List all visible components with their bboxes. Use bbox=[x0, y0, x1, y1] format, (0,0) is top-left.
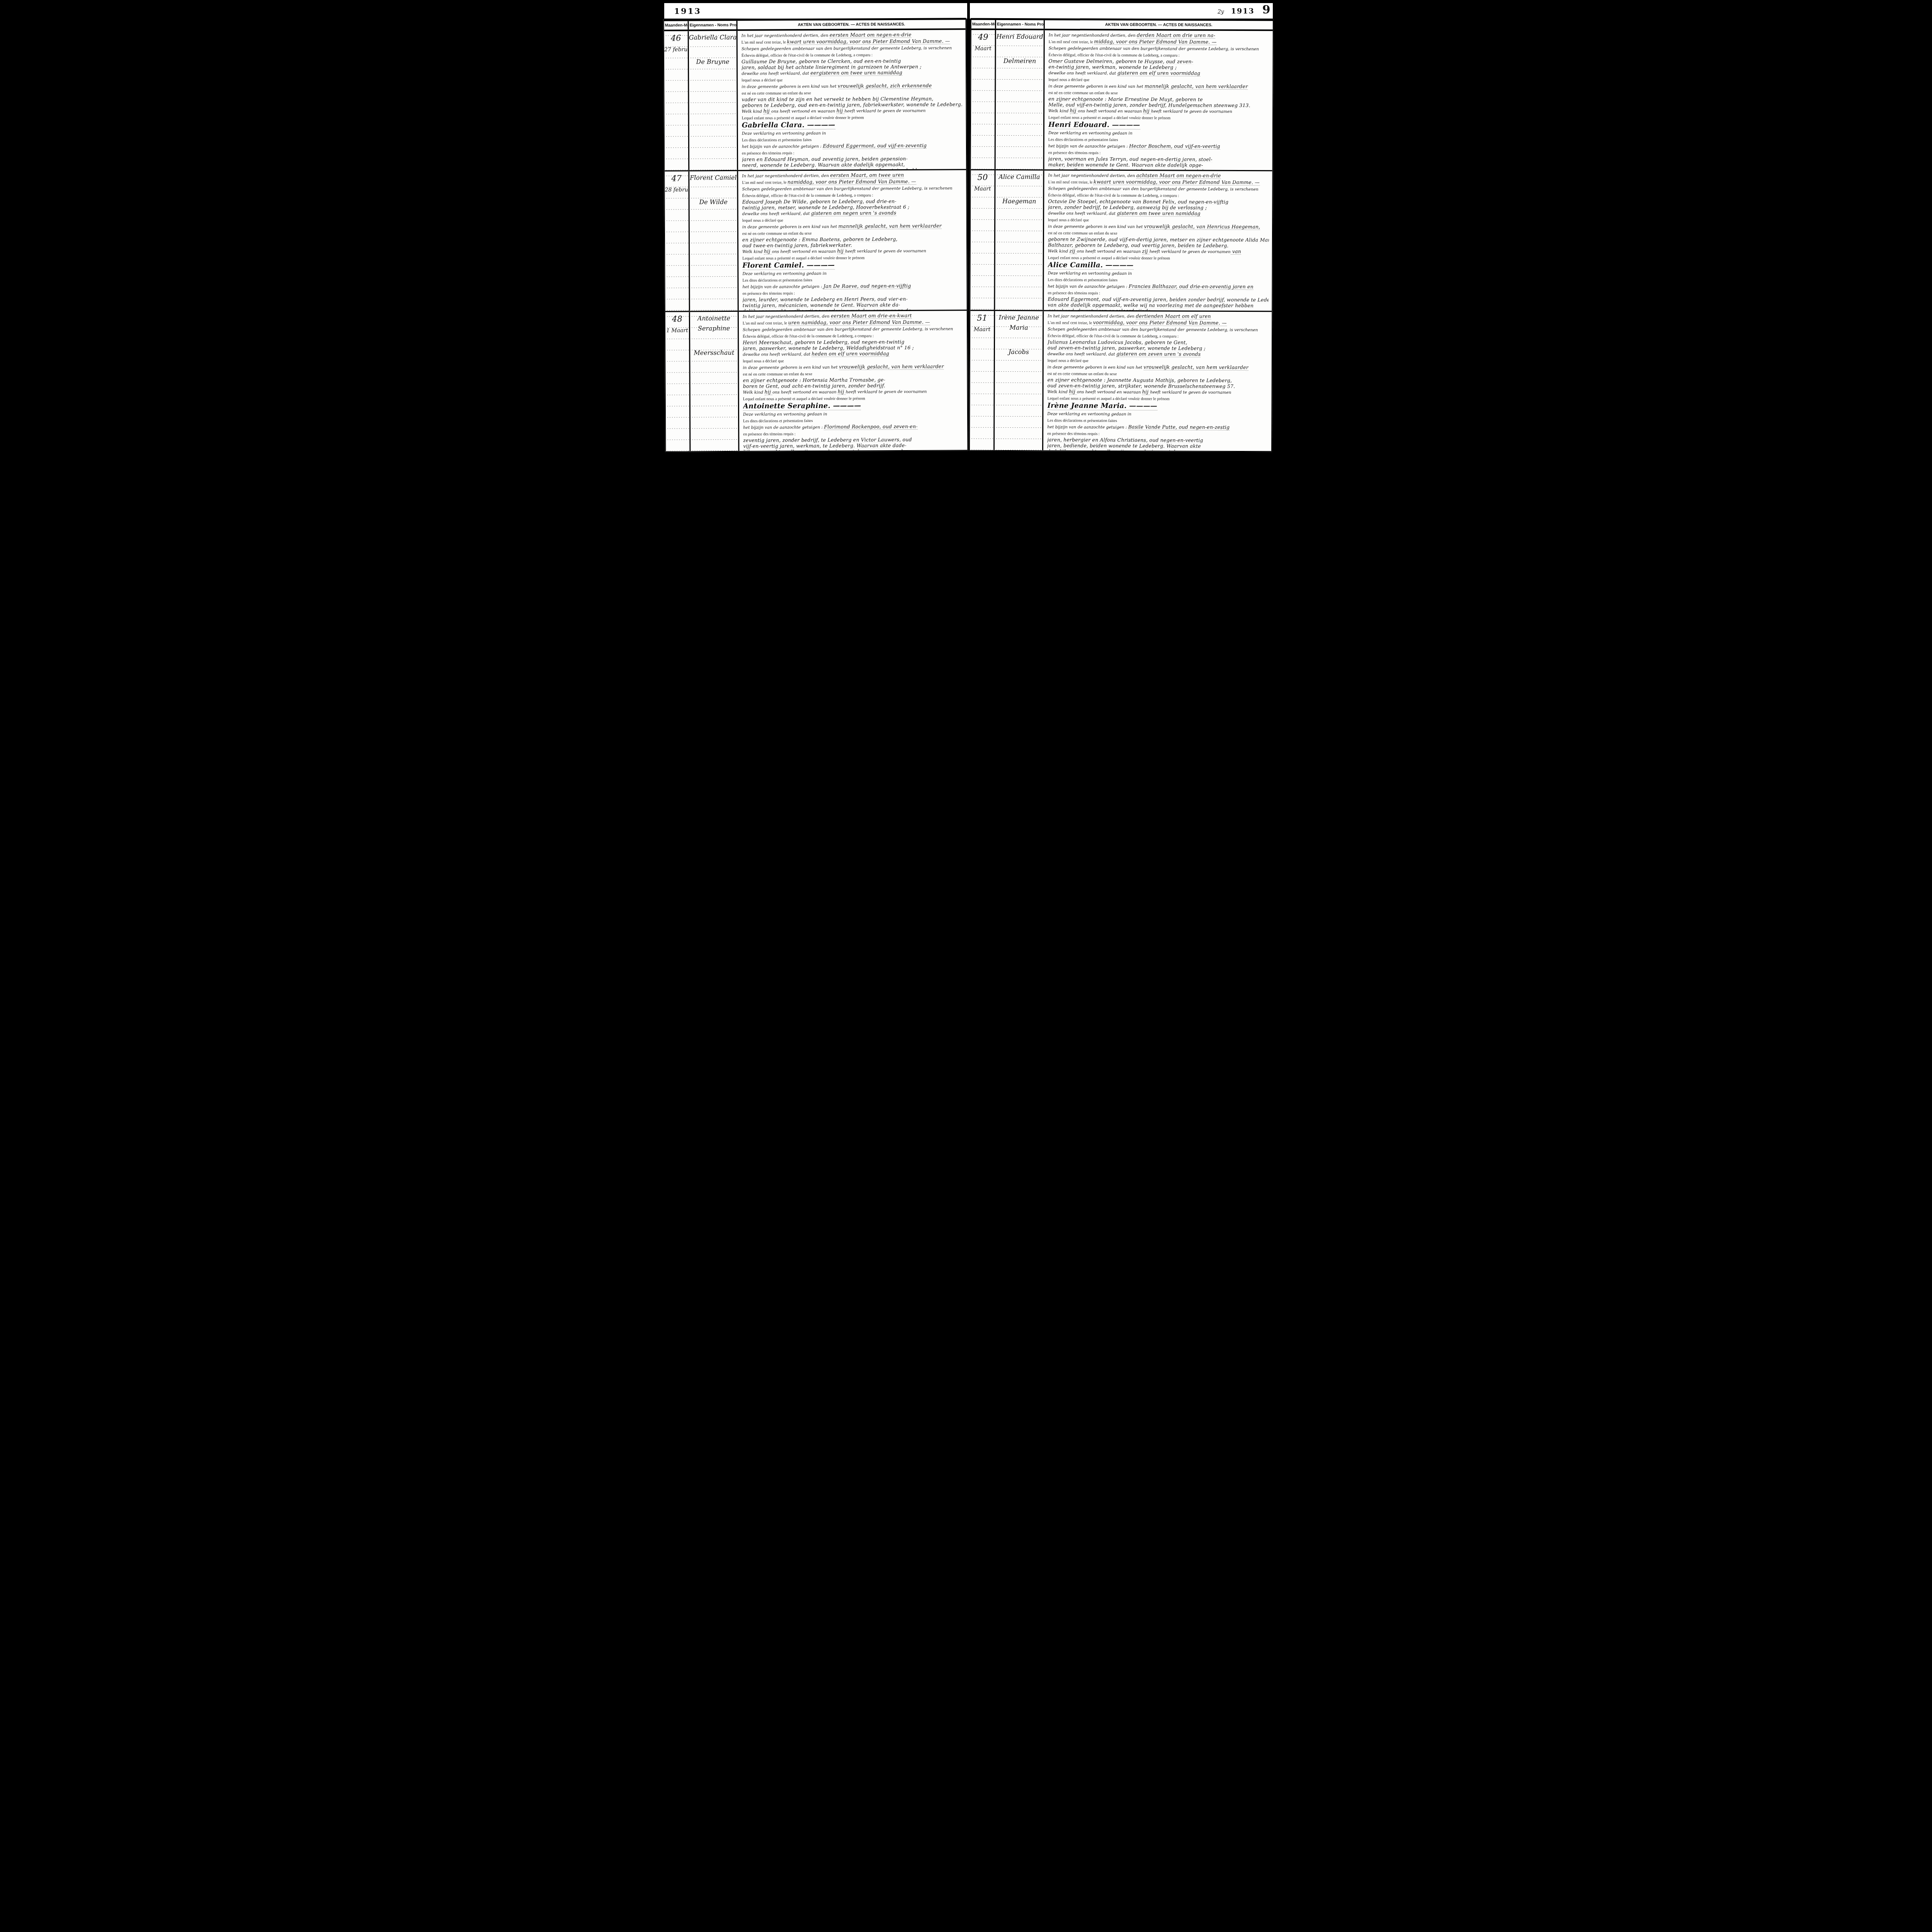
printed-french-text: Lequel enfant nous a présenté et auquel … bbox=[742, 256, 864, 261]
act-line: en présence des témoins requis : bbox=[1048, 149, 1269, 156]
printed-dutch-text: dewelke ons heeft verklaard, dat bbox=[742, 71, 810, 76]
printed-dutch-text: Deze verklaring en vertooning gedaan in bbox=[742, 131, 826, 136]
printed-french-text: L'an mil neuf cent treize, le bbox=[1048, 321, 1093, 325]
handwritten-text: hij bbox=[763, 108, 771, 114]
column-header-names: Eigennamen - Noms Propres bbox=[689, 21, 737, 30]
handwritten-text: hij bbox=[1142, 389, 1150, 395]
child-name-line: De Bruyne bbox=[689, 58, 736, 66]
printed-dutch-text: In het jaar negentienhonderd dertien, de… bbox=[1048, 173, 1136, 179]
act-text: In het jaar negentienhonderd dertien, de… bbox=[737, 30, 966, 170]
handwritten-text: voormiddag, voor ons Pieter Edmond Van D… bbox=[1093, 319, 1226, 326]
printed-dutch-text: het bijzijn van de aanzochte getuigen : bbox=[742, 284, 823, 289]
act-line: Les dites déclarations et présentation f… bbox=[1048, 277, 1269, 284]
act-line: oud zeven-en-twintig jaren, strijkster, … bbox=[1047, 383, 1268, 389]
records: 49MaartHenri EdouardDelmeirenIn het jaar… bbox=[970, 30, 1273, 451]
act-line: Welk kind zij ons heeft vertoond en waar… bbox=[1048, 248, 1269, 255]
act-line: het bijzijn van de aanzochte getuigen : … bbox=[1047, 423, 1268, 431]
printed-dutch-text: het bijzijn van de aanzochte getuigen : bbox=[1047, 425, 1128, 430]
printed-dutch-text: Deze verklaring en vertooning gedaan in bbox=[1047, 412, 1131, 417]
handwritten-text: jaren, paswerker, wonende te Ledeberg, W… bbox=[743, 345, 914, 351]
child-name-line: Maria bbox=[995, 324, 1043, 331]
act-line: in deze gemeente geboren is een kind van… bbox=[1048, 223, 1269, 231]
child-name-line: Meersschaut bbox=[690, 349, 738, 357]
handwritten-text: hij bbox=[1069, 388, 1077, 395]
act-line: en présence des témoins requis : bbox=[1048, 290, 1269, 297]
handwritten-text: kwart uren voormiddag, voor ons Pieter E… bbox=[787, 38, 950, 45]
printed-french-text: Les dites déclarations et présentation f… bbox=[1048, 278, 1117, 283]
printed-french-text: est né en cette commune un enfant du sex… bbox=[1048, 91, 1118, 95]
printed-dutch-text: Schepen gedelegeerden ambtenaar van den … bbox=[1048, 46, 1259, 51]
page-top-margin: 1913 bbox=[664, 3, 967, 19]
handwritten-text: jaren, herbergier en Alfons Christiaens,… bbox=[1047, 437, 1203, 443]
printed-dutch-text: heeft verklaard te geven de voornamen bbox=[844, 109, 925, 114]
handwritten-text: hij bbox=[764, 389, 772, 395]
record-row: 50MaartAlice CamillaHaegemanIn het jaar … bbox=[970, 169, 1272, 311]
printed-dutch-text: dewelke ons heeft verklaard, dat bbox=[1048, 71, 1117, 76]
handwritten-text: Francies Balthazar, oud drie-en-zeventig… bbox=[1128, 283, 1253, 290]
printed-french-text: en présence des témoins requis : bbox=[1048, 151, 1100, 155]
child-name-cell: AntoinetteSeraphineMeersschaut bbox=[690, 312, 739, 451]
act-line: Échevin délégué, officier de l'état-civi… bbox=[1048, 51, 1269, 59]
act-line: Lequel enfant nous a présenté et auquel … bbox=[1047, 395, 1268, 402]
printed-french-text: Les dites déclarations et présentation f… bbox=[742, 278, 812, 283]
register-sheet: Maanden-Mois Eigennamen - Noms Propres A… bbox=[663, 18, 968, 452]
printed-dutch-text: Welk kind bbox=[1047, 389, 1069, 394]
act-line: Schepen gedelegeerden ambtenaar van den … bbox=[1048, 326, 1269, 333]
handwritten-text: mannelijk geslacht, van hem verklaarder bbox=[1144, 83, 1247, 90]
handwritten-text: mannelijk geslacht, van hem verklaarder bbox=[838, 223, 941, 230]
handwritten-text: hij bbox=[1143, 108, 1151, 114]
table-header: Maanden-Mois Eigennamen - Noms Propres A… bbox=[971, 20, 1272, 31]
printed-dutch-text: in deze gemeente geboren is een kind van… bbox=[742, 84, 838, 89]
record-date: Maart bbox=[970, 326, 994, 332]
handwritten-text: van bbox=[1230, 248, 1241, 255]
act-line: het bijzijn van de aanzochte getuigen : … bbox=[1048, 143, 1269, 150]
printed-french-text: L'an mil neuf cent treize, le bbox=[1048, 40, 1094, 44]
record-month-cell: 4627 februari bbox=[664, 31, 689, 170]
handwritten-text: gisteren om negen uren 's avonds bbox=[811, 210, 896, 216]
printed-french-text: est né en cette commune un enfant du sex… bbox=[1047, 372, 1117, 376]
handwritten-text: Florent Camiel. ———— bbox=[742, 261, 835, 270]
page-number: 9 bbox=[1262, 3, 1270, 17]
act-line: Schepen gedelegeerden ambtenaar van den … bbox=[743, 325, 964, 333]
printed-french-text: en présence des témoins requis : bbox=[743, 432, 796, 437]
printed-french-text: Lequel enfant nous a présenté et auquel … bbox=[1047, 396, 1169, 401]
record-month-cell: 50Maart bbox=[970, 170, 995, 310]
handwritten-text: vijf-en-veertig jaren, werkman, te Ledeb… bbox=[743, 442, 906, 449]
printed-dutch-text: in deze gemeente geboren is een kind van… bbox=[1048, 84, 1145, 89]
child-name-line: Alice Camilla bbox=[995, 173, 1043, 180]
act-line: Lequel enfant nous a présenté et auquel … bbox=[1048, 114, 1269, 121]
handwritten-text: gisteren om zeven uren 's avonds bbox=[1116, 351, 1201, 357]
act-line: in deze gemeente geboren is een kind van… bbox=[742, 223, 963, 230]
printed-dutch-text: ons heeft vertoond en waaraan bbox=[1077, 389, 1142, 395]
printed-dutch-text: Deze verklaring en vertooning gedaan in bbox=[1048, 131, 1132, 136]
act-text: In het jaar negentienhonderd dertien, de… bbox=[738, 170, 967, 311]
printed-dutch-text: in deze gemeente geboren is een kind van… bbox=[742, 224, 838, 230]
printed-french-text: L'an mil neuf cent treize, le bbox=[741, 40, 787, 45]
record-month-cell: 4728 februari bbox=[665, 172, 690, 311]
register-sheet: Maanden-Mois Eigennamen - Noms Propres A… bbox=[969, 18, 1274, 452]
printed-dutch-text: In het jaar negentienhonderd dertien, de… bbox=[1048, 33, 1136, 38]
printed-french-text: en présence des témoins requis : bbox=[1047, 432, 1100, 436]
column-header-acts: AKTEN VAN GEBOORTEN. — ACTES DE NAISSANC… bbox=[1044, 20, 1272, 29]
act-line: Antoinette Seraphine. ———— bbox=[743, 401, 964, 411]
printed-french-text: est né en cette commune un enfant du sex… bbox=[1048, 231, 1117, 236]
act-line: Welk kind hij ons heeft vertoond en waar… bbox=[1048, 107, 1269, 115]
handwritten-text: Edouard Eggermont, oud vijf-en-zeventig bbox=[823, 143, 927, 149]
printed-dutch-text: dewelke ons heeft verklaard, dat bbox=[742, 211, 811, 216]
act-line: In het jaar negentienhonderd dertien, de… bbox=[1048, 32, 1269, 39]
table-header: Maanden-Mois Eigennamen - Noms Propres A… bbox=[664, 20, 965, 31]
handwritten-text: namiddag, voor ons Pieter Edmond Van Dam… bbox=[787, 179, 916, 185]
register-page-left: 1913 Maanden-Mois Eigennamen - Noms Prop… bbox=[664, 3, 967, 451]
handwritten-text: geboren te Ledeberg, oud een-en-twintig … bbox=[742, 101, 963, 108]
printed-dutch-text: ons heeft vertoond en waaraan bbox=[772, 249, 837, 254]
act-line: est né en cette commune un enfant du sex… bbox=[1048, 89, 1269, 97]
printed-dutch-text: Schepen gedelegeerden ambtenaar van den … bbox=[743, 327, 953, 332]
act-line: est né en cette commune un enfant du sex… bbox=[1048, 230, 1269, 237]
printed-french-text: Échevin délégué, officier de l'état-civi… bbox=[1048, 194, 1179, 198]
printed-dutch-text: Deze verklaring en vertooning gedaan in bbox=[1048, 271, 1132, 276]
printed-french-text: Lequel enfant nous a présenté et auquel … bbox=[1048, 256, 1170, 261]
act-line: dewelke ons heeft verklaard, dat gistere… bbox=[1048, 70, 1269, 77]
printed-french-text: lequel nous a déclaré que bbox=[1048, 218, 1089, 223]
page-top-margin: 2y 1913 9 bbox=[970, 3, 1273, 19]
handwritten-text: eersten Maart, om twee uren bbox=[830, 172, 904, 179]
printed-dutch-text: heeft verklaard te geven de voornamen bbox=[1150, 390, 1231, 395]
printed-french-text: lequel nous a déclaré que bbox=[742, 219, 783, 223]
child-name-line: Gabriella Clara bbox=[689, 34, 736, 41]
handwritten-text: derden Maart om drie uren na- bbox=[1137, 32, 1215, 39]
child-name-line: Antoinette bbox=[690, 315, 737, 322]
handwritten-text: hij bbox=[1070, 108, 1078, 114]
printed-dutch-text: In het jaar negentienhonderd dertien, de… bbox=[1048, 314, 1136, 319]
printed-dutch-text: dewelke ons heeft verklaard, dat bbox=[743, 352, 811, 357]
handwritten-text: gisteren om twee uren namiddag bbox=[1117, 210, 1200, 217]
act-line: het bijzijn van de aanzochte getuigen : … bbox=[1048, 283, 1269, 291]
printed-french-text: Lequel enfant nous a présenté et auquel … bbox=[742, 116, 864, 120]
handwritten-text: jaren, bediende, beiden wonende te Ledeb… bbox=[1047, 442, 1201, 449]
printed-dutch-text: ons heeft vertoond en waaraan bbox=[1077, 249, 1142, 254]
printed-dutch-text: Welk kind bbox=[742, 250, 764, 254]
year-label: 1913 bbox=[1231, 7, 1255, 15]
handwritten-text: oud zeven-en-twintig jaren, paswerker, w… bbox=[1047, 345, 1205, 351]
handwritten-text: eergisteren om twee uren namiddag bbox=[810, 70, 902, 76]
printed-french-text: Les dites déclarations et présentation f… bbox=[1047, 418, 1117, 423]
act-line: Schepen gedelegeerden ambtenaar van den … bbox=[1048, 45, 1269, 52]
record-date: Maart bbox=[971, 186, 994, 192]
act-line: Alice Camilla. ———— bbox=[1048, 261, 1269, 271]
handwritten-text: vrouwelijk geslacht, van Henricus Haegem… bbox=[1144, 224, 1260, 230]
act-line: lequel nous a déclaré que bbox=[1047, 357, 1268, 364]
printed-dutch-text: dewelke ons heeft verklaard, dat bbox=[1047, 352, 1116, 357]
printed-dutch-text: In het jaar negentienhonderd dertien, de… bbox=[742, 173, 830, 179]
act-line: dewelke ons heeft verklaard, dat gistere… bbox=[1048, 210, 1269, 218]
act-line: Henri Edouard. ———— bbox=[1048, 121, 1269, 130]
handwritten-text: kwaart uren voormiddag, voor ons Pieter … bbox=[1094, 179, 1260, 186]
child-name-line: Irène Jeanne bbox=[995, 314, 1043, 321]
act-line: in deze gemeente geboren is een kind van… bbox=[742, 82, 963, 90]
handwritten-text: zij bbox=[1142, 248, 1149, 255]
act-line: In het jaar negentienhonderd dertien, de… bbox=[1048, 313, 1269, 320]
printed-dutch-text: in deze gemeente geboren is een kind van… bbox=[1047, 365, 1143, 370]
printed-dutch-text: het bijzijn van de aanzochte getuigen : bbox=[743, 425, 824, 430]
printed-dutch-text: het bijzijn van de aanzochte getuigen : bbox=[1048, 284, 1128, 289]
handwritten-text: achtsten Maart om negen-en-drie bbox=[1136, 172, 1221, 179]
handwritten-text: en zijner echtgenoote : Hortensia Martha… bbox=[743, 377, 885, 383]
printed-dutch-text: dewelke ons heeft verklaard, dat bbox=[1048, 211, 1117, 216]
printed-french-text: en présence des témoins requis : bbox=[742, 292, 795, 296]
handwritten-text: Henri Edouard. ———— bbox=[1048, 121, 1140, 129]
act-line: jaren, herbergier en Alfons Christiaens,… bbox=[1047, 437, 1268, 443]
printed-french-text: est né en cette commune un enfant du sex… bbox=[742, 91, 811, 96]
printed-dutch-text: heeft verklaard te geven de voornamen bbox=[845, 389, 927, 394]
record-number: 47 bbox=[665, 174, 688, 183]
handwritten-text: en zijner echtgenoote : Jeannette August… bbox=[1047, 377, 1232, 383]
handwritten-text: boren te Gent, oud acht-en-twintig jaren… bbox=[743, 383, 885, 389]
printed-dutch-text: In het jaar negentienhonderd dertien, de… bbox=[741, 33, 829, 38]
act-line: Gabriella Clara. ———— bbox=[742, 120, 963, 130]
act-text: In het jaar negentienhonderd dertien, de… bbox=[738, 311, 967, 451]
handwritten-text: en zijner echtgenoote : Emma Baetens, ge… bbox=[742, 236, 898, 243]
printed-french-text: Échevin délégué, officier de l'état-civi… bbox=[741, 53, 872, 58]
act-line: L'an mil neuf cent treize, le middag, vo… bbox=[1048, 38, 1269, 46]
child-name-cell: Alice CamillaHaegeman bbox=[995, 170, 1044, 310]
act-line: In het jaar negentienhonderd dertien, de… bbox=[1048, 172, 1269, 180]
child-name-line: Jacobs bbox=[995, 348, 1042, 355]
printed-dutch-text: het bijzijn van de aanzochte getuigen : bbox=[1048, 144, 1129, 149]
printed-french-text: Les dites déclarations et présentation f… bbox=[1048, 138, 1118, 142]
act-line: dewelke ons heeft verklaard, dat gistere… bbox=[1047, 350, 1268, 358]
act-text: In het jaar negentienhonderd dertien, de… bbox=[1043, 311, 1272, 451]
act-line: Échevin délégué, officier de l'état-civi… bbox=[1048, 332, 1269, 340]
child-name-cell: Irène JeanneMariaJacobs bbox=[995, 311, 1044, 451]
handwritten-text: twintig jaren, mécanicien, wonende te Ge… bbox=[742, 302, 900, 308]
record-date: 27 februari bbox=[664, 46, 687, 53]
printed-dutch-text: ons heeft vertoond en waaraan bbox=[772, 389, 838, 395]
act-line: lequel nous a déclaré que bbox=[1048, 217, 1269, 224]
printed-dutch-text: Schepen gedelegeerden ambtenaar van den … bbox=[741, 46, 951, 51]
record-date: 28 februari bbox=[665, 187, 688, 193]
column-header-names: Eigennamen - Noms Propres bbox=[996, 20, 1044, 29]
printed-dutch-text: Schepen gedelegeerden ambtenaar van den … bbox=[742, 186, 952, 192]
printed-dutch-text: heeft verklaard te geven de voornamen bbox=[1151, 109, 1232, 114]
child-name-line: Seraphine bbox=[690, 325, 738, 332]
handwritten-margin-mark: 2y bbox=[1218, 9, 1224, 15]
handwritten-text: lijk opgemaakt, welke wij na voorlezing … bbox=[743, 448, 906, 451]
printed-french-text: lequel nous a déclaré que bbox=[1048, 78, 1089, 82]
printed-french-text: L'an mil neuf cent treize, le bbox=[1048, 180, 1094, 185]
printed-dutch-text: Welk kind bbox=[742, 109, 763, 114]
child-name-line: Delmeiren bbox=[996, 57, 1043, 65]
handwritten-text: zeventig jaren, zonder bedrijf, te Ledeb… bbox=[743, 437, 912, 443]
record-number: 50 bbox=[971, 173, 994, 182]
printed-french-text: Échevin délégué, officier de l'état-civi… bbox=[742, 194, 873, 198]
act-text: In het jaar negentienhonderd dertien, de… bbox=[1044, 171, 1272, 311]
act-line: in deze gemeente geboren is een kind van… bbox=[1047, 364, 1268, 371]
child-name-line: Haegeman bbox=[995, 197, 1043, 205]
handwritten-text: vrouwelijk geslacht, zich erkennende bbox=[837, 83, 932, 89]
printed-french-text: est né en cette commune un enfant du sex… bbox=[742, 231, 811, 236]
column-header-month: Maanden-Mois bbox=[664, 21, 689, 29]
act-line: Schepen gedelegeerden ambtenaar van den … bbox=[742, 185, 963, 192]
act-line: Échevin délégué, officier de l'état-civi… bbox=[1048, 192, 1269, 199]
act-line: jaren, bediende, beiden wonende te Ledeb… bbox=[1047, 442, 1268, 449]
handwritten-text: hij bbox=[764, 248, 772, 255]
record-month-cell: 49Maart bbox=[971, 30, 996, 170]
act-line: Lequel enfant nous a présenté et auquel … bbox=[1048, 255, 1269, 262]
printed-french-text: Lequel enfant nous a présenté et auquel … bbox=[743, 396, 865, 401]
column-header-month: Maanden-Mois bbox=[971, 20, 996, 29]
handwritten-text: Gabriella Clara. ———— bbox=[742, 121, 835, 130]
register-page-right: 2y 1913 9 Maanden-Mois Eigennamen - Noms… bbox=[970, 3, 1273, 451]
printed-dutch-text: in deze gemeente geboren is een kind van… bbox=[743, 365, 839, 370]
printed-french-text: Les dites déclarations et présentation f… bbox=[742, 138, 811, 143]
act-line: Julianus Leonardus Ludovicus Jacobs, geb… bbox=[1048, 339, 1269, 345]
printed-french-text: en présence des témoins requis : bbox=[1048, 291, 1100, 296]
handwritten-text: middag, voor ons Pieter Edmond Van Damme… bbox=[1094, 39, 1216, 45]
act-line: Deze verklaring en vertooning gedaan in bbox=[1047, 410, 1268, 418]
act-line: Deze verklaring en vertooning gedaan in bbox=[1048, 270, 1269, 277]
printed-dutch-text: Deze verklaring en vertooning gedaan in bbox=[742, 271, 827, 276]
printed-french-text: Lequel enfant nous a présenté et auquel … bbox=[1048, 116, 1170, 120]
printed-dutch-text: heeft verklaard te geven de voornamen bbox=[1149, 250, 1230, 255]
record-row: 49MaartHenri EdouardDelmeirenIn het jaar… bbox=[971, 30, 1272, 170]
printed-dutch-text: In het jaar negentienhonderd dertien, de… bbox=[742, 314, 830, 319]
act-line: oud zeven-en-twintig jaren, paswerker, w… bbox=[1047, 345, 1268, 351]
act-line: Les dites déclarations et présentation f… bbox=[1048, 136, 1269, 143]
act-text: In het jaar negentienhonderd dertien, de… bbox=[1044, 30, 1272, 170]
record-number: 46 bbox=[664, 33, 687, 43]
handwritten-text: Irène Jeanne Maria. ———— bbox=[1047, 401, 1157, 410]
column-header-acts: AKTEN VAN GEBOORTEN. — ACTES DE NAISSANC… bbox=[737, 20, 965, 29]
handwritten-text: Alice Camilla. ———— bbox=[1048, 261, 1133, 270]
child-name-cell: Gabriella ClaraDe Bruyne bbox=[689, 31, 738, 170]
act-line: dadelijk opgemaakt, welke wij na voorlez… bbox=[1047, 448, 1268, 451]
child-name-line: De Wilde bbox=[689, 198, 737, 206]
handwritten-text: Basile Vande Putte, oud negen-en-zestig bbox=[1128, 424, 1230, 430]
child-name-cell: Henri EdouardDelmeiren bbox=[995, 30, 1044, 170]
act-line: lequel nous a déclaré que bbox=[1048, 76, 1269, 83]
printed-dutch-text: Schepen gedelegeerden ambtenaar van den … bbox=[1048, 187, 1258, 192]
printed-dutch-text: het bijzijn van de aanzochte getuigen : bbox=[742, 144, 822, 149]
record-number: 51 bbox=[970, 313, 994, 322]
handwritten-text: dadelijk opgemaakt, welke wij na voorlez… bbox=[1047, 448, 1194, 451]
record-date: 1 Maart bbox=[665, 327, 689, 333]
handwritten-text: hij bbox=[837, 248, 845, 254]
printed-dutch-text: Welk kind bbox=[1048, 109, 1070, 113]
handwritten-text: uren namiddag, voor ons Pieter Edmond Va… bbox=[788, 319, 930, 326]
printed-french-text: lequel nous a déclaré que bbox=[1047, 359, 1088, 363]
printed-dutch-text: heeft verklaard te geven de voornamen bbox=[845, 249, 926, 254]
handwritten-text: vrouwelijk geslacht, van hem verklaarder bbox=[1143, 364, 1248, 371]
handwritten-text: gisteren om elf uren voormiddag bbox=[1117, 70, 1200, 77]
handwritten-text: eersten Maart om drie-en-kwart bbox=[831, 313, 912, 319]
act-line: en présence des témoins requis : bbox=[1047, 430, 1268, 437]
act-line: in deze gemeente geboren is een kind van… bbox=[743, 363, 964, 371]
handwritten-text: Antoinette Seraphine. ———— bbox=[743, 401, 861, 410]
records: 4627 februariGabriella ClaraDe BruyneIn … bbox=[664, 30, 967, 451]
act-line: Deze verklaring en vertooning gedaan in bbox=[1048, 129, 1269, 137]
act-line: Irène Jeanne Maria. ———— bbox=[1047, 401, 1268, 411]
handwritten-text: oud twee-en-twintig jaren, fabriekwerkst… bbox=[742, 242, 852, 248]
printed-french-text: en présence des témoins requis : bbox=[742, 151, 794, 156]
printed-french-text: L'an mil neuf cent treize, le bbox=[742, 181, 787, 185]
record-number: 48 bbox=[665, 314, 689, 323]
record-date: Maart bbox=[971, 46, 995, 52]
record-row: 481 MaartAntoinetteSeraphineMeersschautI… bbox=[665, 310, 967, 451]
printed-dutch-text: Welk kind bbox=[1048, 249, 1069, 254]
act-line: Welk kind hij ons heeft vertoond en waar… bbox=[1047, 388, 1268, 396]
printed-dutch-text: Deze verklaring en vertooning gedaan in bbox=[743, 412, 827, 417]
record-row: 4728 februariFlorent CamielDe WildeIn he… bbox=[665, 169, 967, 311]
act-line: in deze gemeente geboren is een kind van… bbox=[1048, 83, 1269, 90]
record-row: 51MaartIrène JeanneMariaJacobsIn het jaa… bbox=[970, 310, 1272, 451]
handwritten-text: eersten Maart om negen-en-drie bbox=[829, 32, 911, 38]
record-month-cell: 51Maart bbox=[970, 311, 995, 450]
printed-dutch-text: ons heeft vertoond en waaraan bbox=[1078, 109, 1143, 114]
printed-dutch-text: in deze gemeente geboren is een kind van… bbox=[1048, 224, 1144, 230]
handwritten-text: Florimond Rockenpoo, oud zeven-en- bbox=[824, 423, 917, 430]
act-line: en zijner echtgenoote : Jeannette August… bbox=[1047, 377, 1268, 383]
handwritten-text: Edouard Joseph De Wilde, geboren te Lede… bbox=[742, 198, 896, 205]
handwritten-text: Julianus Leonardus Ludovicus Jacobs, geb… bbox=[1048, 339, 1187, 345]
printed-french-text: lequel nous a déclaré que bbox=[743, 359, 784, 363]
printed-french-text: Les dites déclarations et présentation f… bbox=[743, 419, 813, 423]
act-line: Florent Camiel. ———— bbox=[742, 261, 963, 270]
handwritten-text: hij bbox=[836, 108, 844, 114]
register-spread: 1913 Maanden-Mois Eigennamen - Noms Prop… bbox=[658, 0, 1274, 461]
act-line: Schepen gedelegeerden ambtenaar van den … bbox=[741, 44, 962, 52]
handwritten-text: Hector Boschem, oud vijf-en-veertig bbox=[1129, 143, 1220, 150]
year-label: 1913 bbox=[674, 6, 701, 16]
act-line: est né en cette commune un enfant du sex… bbox=[1047, 370, 1268, 378]
child-name-line: Henri Edouard bbox=[996, 33, 1043, 40]
child-name-cell: Florent CamielDe Wilde bbox=[689, 171, 739, 311]
act-line: Schepen gedelegeerden ambtenaar van den … bbox=[1048, 185, 1269, 193]
handwritten-text: Jan De Raeve, oud negen-en-vijftig bbox=[823, 283, 911, 289]
record-number: 49 bbox=[971, 32, 995, 42]
record-row: 4627 februariGabriella ClaraDe BruyneIn … bbox=[664, 30, 966, 170]
handwritten-text: vrouwelijk geslacht, van hem verklaarder bbox=[839, 363, 944, 370]
printed-dutch-text: Welk kind bbox=[743, 390, 764, 395]
act-line: geboren te Ledeberg, oud een-en-twintig … bbox=[742, 101, 963, 108]
printed-french-text: Échevin délégué, officier de l'état-civi… bbox=[1048, 53, 1179, 58]
handwritten-text: dertienden Maart om elf uren bbox=[1136, 313, 1211, 320]
act-line: L'an mil neuf cent treize, le voormiddag… bbox=[1048, 319, 1269, 327]
act-line: Les dites déclarations et présentation f… bbox=[1047, 417, 1268, 424]
printed-french-text: Échevin délégué, officier de l'état-civi… bbox=[743, 334, 874, 338]
printed-dutch-text: Schepen gedelegeerden ambtenaar van den … bbox=[1048, 327, 1258, 332]
handwritten-text: hij bbox=[837, 388, 845, 395]
act-line: L'an mil neuf cent treize, le kwaart ure… bbox=[1048, 179, 1269, 186]
handwritten-text: heden om elf uren voormiddag bbox=[811, 350, 889, 357]
handwritten-text: zij bbox=[1069, 248, 1077, 254]
record-month-cell: 481 Maart bbox=[665, 312, 690, 451]
printed-french-text: lequel nous a déclaré que bbox=[742, 78, 782, 82]
handwritten-text: Henri Meersschaut, geboren te Ledeberg, … bbox=[743, 339, 905, 345]
handwritten-text: oud zeven-en-twintig jaren, strijkster, … bbox=[1047, 383, 1235, 389]
printed-french-text: est né en cette commune un enfant du sex… bbox=[743, 372, 812, 377]
printed-french-text: Échevin délégué, officier de l'état-civi… bbox=[1048, 334, 1179, 338]
printed-dutch-text: ons heeft vertoond en waaraan bbox=[771, 109, 837, 114]
printed-french-text: L'an mil neuf cent treize, le bbox=[742, 321, 788, 326]
child-name-line: Florent Camiel bbox=[689, 174, 737, 182]
